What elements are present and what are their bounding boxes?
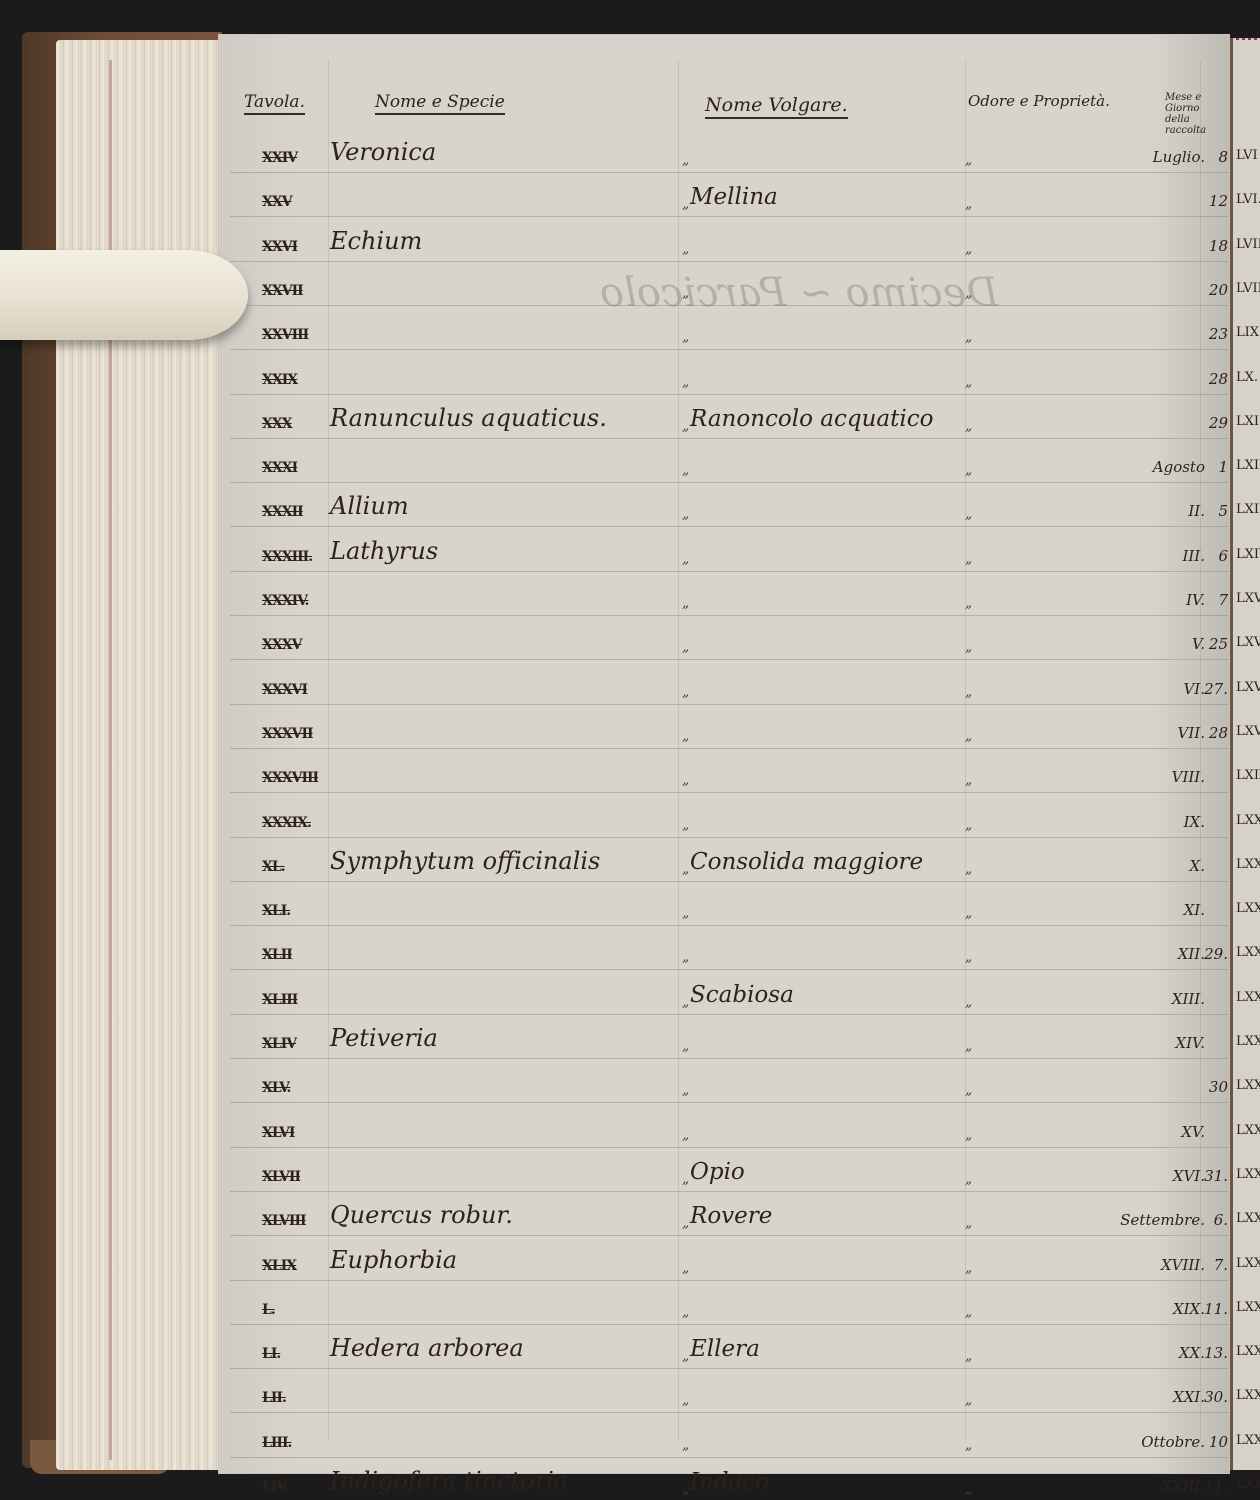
- show-through-text: Decimo ~ Parcicolo: [600, 270, 999, 316]
- ditto-mark: „: [965, 551, 972, 567]
- cell-nome-volgare: Consolida maggiore: [690, 849, 923, 875]
- cell-giorno: 6: [1218, 547, 1228, 565]
- cell-facing-tavola: LXX.: [1236, 813, 1260, 828]
- ditto-mark: „: [682, 772, 689, 788]
- cell-mese: Settembre.: [1120, 1211, 1205, 1229]
- ditto-mark: „: [965, 196, 972, 212]
- cell-facing-tavola: LXVII: [1236, 680, 1260, 695]
- ditto-mark: „: [682, 462, 689, 478]
- cell-giorno: 11.: [1204, 1300, 1228, 1318]
- cell-nome-volgare: Mellina: [690, 184, 778, 210]
- column-rule: [1200, 60, 1201, 1440]
- ditto-mark: „: [682, 949, 689, 965]
- ditto-mark: „: [965, 241, 972, 257]
- cell-nome-specie: Echium: [330, 227, 422, 255]
- cell-facing-tavola: LXXIII: [1236, 945, 1260, 960]
- ditto-mark: „: [965, 1260, 972, 1276]
- ditto-mark: „: [965, 905, 972, 921]
- cell-facing-tavola: LX.: [1236, 370, 1258, 385]
- cell-tavola: XLVII: [262, 1169, 300, 1185]
- ditto-mark: „: [682, 994, 689, 1010]
- cell-facing-tavola: LXXXII: [1236, 1344, 1260, 1359]
- cell-nome-specie: Petiveria: [330, 1024, 438, 1052]
- ruled-line: [230, 704, 1228, 705]
- ruled-line: [230, 394, 1228, 395]
- cell-giorno: 12: [1209, 192, 1228, 210]
- cell-nome-specie: Ranunculus aquaticus.: [330, 404, 607, 432]
- ruled-line: [230, 925, 1228, 926]
- cell-giorno: 30.: [1204, 1388, 1228, 1406]
- ditto-mark: „: [965, 772, 972, 788]
- cell-mese: IX.: [1184, 813, 1205, 831]
- column-rule: [328, 60, 329, 1440]
- cell-giorno: 10: [1209, 1433, 1228, 1451]
- ditto-mark: „: [965, 462, 972, 478]
- cell-tavola: XLIII: [262, 992, 297, 1008]
- cell-tavola: XLV.: [262, 1080, 290, 1096]
- header-odore-proprieta: Odore e Proprietà.: [968, 92, 1110, 110]
- cell-tavola: XXXI: [262, 460, 297, 476]
- ruled-line: [230, 305, 1228, 306]
- ditto-mark: „: [682, 418, 689, 434]
- ditto-mark: „: [965, 684, 972, 700]
- cell-facing-tavola: LXXX: [1236, 1256, 1260, 1271]
- cell-facing-tavola: LXXVII: [1236, 1123, 1260, 1138]
- cell-nome-specie: Indigofera tinctoria: [330, 1467, 568, 1495]
- cell-facing-tavola: LXVI.: [1236, 635, 1260, 650]
- ruled-line: [230, 571, 1228, 572]
- ditto-mark: „: [965, 817, 972, 833]
- ditto-mark: „: [682, 374, 689, 390]
- cell-giorno: 31.: [1204, 1167, 1228, 1185]
- cell-tavola: XLVIII: [262, 1213, 306, 1229]
- cell-nome-volgare: Indaco: [690, 1469, 769, 1495]
- ruled-line: [230, 261, 1228, 262]
- cell-tavola: LIII.: [262, 1435, 291, 1451]
- ditto-mark: „: [965, 1392, 972, 1408]
- cell-giorno: 28: [1209, 724, 1228, 742]
- ruled-line: [230, 482, 1228, 483]
- cell-nome-specie: Symphytum officinalis: [330, 847, 600, 875]
- cell-nome-specie: Veronica: [330, 138, 436, 166]
- ditto-mark: „: [682, 1481, 689, 1497]
- header-mese-giorno: Mese e Giorno della raccolta: [1165, 92, 1215, 136]
- cell-facing-tavola: LVIII: [1236, 281, 1260, 296]
- cell-mese: XXI.: [1173, 1388, 1205, 1406]
- ditto-mark: „: [682, 551, 689, 567]
- cell-tavola: XLIX: [262, 1258, 296, 1274]
- cell-nome-specie: Lathyrus: [330, 537, 438, 565]
- cell-facing-tavola: LVI.: [1236, 192, 1260, 207]
- ruled-line: [230, 1147, 1228, 1148]
- cell-facing-tavola: LIX.: [1236, 325, 1260, 340]
- cell-mese: XI.: [1184, 901, 1205, 919]
- ditto-mark: „: [682, 196, 689, 212]
- ruled-line: [230, 792, 1228, 793]
- ditto-mark: „: [682, 1082, 689, 1098]
- cell-giorno: 29: [1209, 414, 1228, 432]
- cell-tavola: XXXIX.: [262, 815, 311, 831]
- cell-facing-tavola: LXI: [1236, 414, 1259, 429]
- cell-tavola: XXIV: [262, 150, 297, 166]
- cell-giorno: 8: [1218, 148, 1228, 166]
- cell-facing-tavola: LXXXIV: [1236, 1433, 1260, 1448]
- cell-giorno: 30: [1209, 1078, 1228, 1096]
- cell-tavola: XXXVIII: [262, 770, 318, 786]
- cell-facing-tavola: LXXVI: [1236, 1078, 1260, 1093]
- cell-tavola: XLVI: [262, 1125, 294, 1141]
- cell-giorno: 20: [1209, 281, 1228, 299]
- cell-mese: XXIII.: [1161, 1477, 1205, 1495]
- header-nome-specie: Nome e Specie: [375, 92, 505, 115]
- cell-giorno: 25: [1209, 635, 1228, 653]
- cell-mese: IV.: [1186, 591, 1205, 609]
- cell-tavola: XXXII: [262, 504, 303, 520]
- ditto-mark: „: [965, 1437, 972, 1453]
- cell-tavola: XXXVII: [262, 726, 313, 742]
- cell-facing-tavola: LXIII: [1236, 502, 1260, 517]
- ditto-mark: „: [965, 1215, 972, 1231]
- cell-nome-volgare: Opio: [690, 1159, 745, 1185]
- ditto-mark: „: [965, 1171, 972, 1187]
- ditto-mark: „: [965, 1481, 972, 1497]
- ditto-mark: „: [682, 506, 689, 522]
- cell-mese: XX.: [1179, 1344, 1205, 1362]
- ruled-line: [230, 881, 1228, 882]
- ditto-mark: „: [682, 639, 689, 655]
- cell-tavola: XL.: [262, 859, 285, 875]
- cell-tavola: XLIV: [262, 1036, 296, 1052]
- cell-tavola: XXXIII.: [262, 549, 312, 565]
- cell-mese: III.: [1182, 547, 1205, 565]
- cell-giorno: 23: [1209, 325, 1228, 343]
- cell-giorno: 7: [1218, 591, 1228, 609]
- cell-nome-specie: Quercus robur.: [330, 1201, 513, 1229]
- cell-facing-tavola: LXIV: [1236, 547, 1260, 562]
- cell-facing-tavola: LXXXV: [1236, 1477, 1260, 1492]
- cell-giorno: 7.: [1214, 1256, 1228, 1274]
- header-nome-volgare: Nome Volgare.: [705, 94, 848, 119]
- cell-mese: XIV.: [1175, 1034, 1205, 1052]
- ruled-line: [230, 1324, 1228, 1325]
- ruled-line: [230, 1280, 1228, 1281]
- ditto-mark: „: [682, 1392, 689, 1408]
- ruled-line: [230, 748, 1228, 749]
- ruled-line: [230, 349, 1228, 350]
- cell-mese: VII.: [1178, 724, 1205, 742]
- cell-mese: XVIII.: [1161, 1256, 1205, 1274]
- cell-tavola: LII.: [262, 1390, 286, 1406]
- cell-mese: VIII.: [1172, 768, 1205, 786]
- ditto-mark: „: [682, 329, 689, 345]
- ditto-mark: „: [682, 1260, 689, 1276]
- cell-tavola: XLI.: [262, 903, 290, 919]
- cell-mese: XV.: [1181, 1123, 1205, 1141]
- cell-tavola: XLII: [262, 947, 292, 963]
- ditto-mark: „: [682, 1215, 689, 1231]
- ditto-mark: „: [682, 817, 689, 833]
- ditto-mark: „: [682, 728, 689, 744]
- ditto-mark: „: [965, 1127, 972, 1143]
- cell-facing-tavola: LXVIII: [1236, 724, 1260, 739]
- cell-tavola: XXXVI: [262, 682, 307, 698]
- bone-folder-tool: [0, 250, 248, 340]
- cell-giorno: 27.: [1204, 680, 1228, 698]
- ditto-mark: „: [965, 285, 972, 301]
- ditto-mark: „: [965, 1082, 972, 1098]
- cell-facing-tavola: LXXIX: [1236, 1211, 1260, 1226]
- ruled-line: [230, 1368, 1228, 1369]
- ditto-mark: „: [682, 1171, 689, 1187]
- ruled-line: [230, 1191, 1228, 1192]
- cell-tavola: LIV.: [262, 1479, 288, 1495]
- cell-giorno: 13.: [1204, 1344, 1228, 1362]
- cell-mese: XVI.: [1173, 1167, 1205, 1185]
- ditto-mark: „: [682, 1038, 689, 1054]
- cell-facing-tavola: LXXXI: [1236, 1300, 1260, 1315]
- ditto-mark: „: [682, 1304, 689, 1320]
- cell-tavola: XXV: [262, 194, 292, 210]
- cell-facing-tavola: LXXII.: [1236, 901, 1260, 916]
- cell-facing-tavola: LXII.: [1236, 458, 1260, 473]
- cell-mese: XII.: [1178, 945, 1205, 963]
- cell-giorno: 28: [1209, 370, 1228, 388]
- ruled-line: [230, 615, 1228, 616]
- cell-tavola: XXX: [262, 416, 292, 432]
- cell-nome-specie: Allium: [330, 492, 409, 520]
- cell-tavola: XXXIV.: [262, 593, 308, 609]
- cell-tavola: XXVI: [262, 239, 297, 255]
- cell-nome-volgare: Rovere: [690, 1203, 772, 1229]
- ditto-mark: „: [965, 1304, 972, 1320]
- ruled-line: [230, 1058, 1228, 1059]
- cell-facing-tavola: LXXV: [1236, 1034, 1260, 1049]
- cell-facing-tavola: LXIX.: [1236, 768, 1260, 783]
- cell-nome-volgare: Ranoncolo acquatico: [690, 406, 933, 432]
- ditto-mark: „: [682, 684, 689, 700]
- ruled-line: [230, 659, 1228, 660]
- ruled-line: [230, 1412, 1228, 1413]
- cell-mese: Ottobre.: [1141, 1433, 1205, 1451]
- cell-tavola: XXVIII: [262, 327, 308, 343]
- cell-facing-tavola: LXXXIII: [1236, 1388, 1260, 1403]
- ditto-mark: „: [965, 374, 972, 390]
- ditto-mark: „: [965, 994, 972, 1010]
- cell-tavola: LI.: [262, 1346, 280, 1362]
- ditto-mark: „: [682, 1437, 689, 1453]
- cell-nome-specie: Euphorbia: [330, 1246, 457, 1274]
- cell-mese: VI.: [1183, 680, 1205, 698]
- column-rule: [678, 60, 679, 1440]
- ruled-line: [230, 1457, 1228, 1458]
- ditto-mark: „: [682, 595, 689, 611]
- ditto-mark: „: [682, 152, 689, 168]
- ditto-mark: „: [965, 1348, 972, 1364]
- ruled-line: [230, 216, 1228, 217]
- ruled-line: [230, 1014, 1228, 1015]
- ditto-mark: „: [965, 595, 972, 611]
- column-rule: [965, 60, 966, 1440]
- ruled-line: [230, 1102, 1228, 1103]
- cell-giorno: 5: [1218, 502, 1228, 520]
- ruled-line: [230, 172, 1228, 173]
- cell-mese: Luglio.: [1153, 148, 1205, 166]
- cell-tavola: XXIX: [262, 372, 297, 388]
- ditto-mark: „: [682, 905, 689, 921]
- cell-giorno: 6.: [1214, 1211, 1228, 1229]
- cell-giorno: 11.: [1204, 1477, 1228, 1495]
- ditto-mark: „: [682, 241, 689, 257]
- ditto-mark: „: [682, 285, 689, 301]
- cell-nome-volgare: Scabiosa: [690, 982, 794, 1008]
- cell-mese: V.: [1192, 635, 1205, 653]
- ruled-line: [230, 837, 1228, 838]
- ditto-mark: „: [965, 152, 972, 168]
- ruled-line: [230, 1235, 1228, 1236]
- header-tavola: Tavola.: [244, 92, 305, 115]
- cell-tavola: L.: [262, 1302, 275, 1318]
- ruled-line: [230, 438, 1228, 439]
- ditto-mark: „: [965, 861, 972, 877]
- ditto-mark: „: [965, 728, 972, 744]
- ditto-mark: „: [965, 506, 972, 522]
- cell-tavola: XXVII: [262, 283, 303, 299]
- ditto-mark: „: [965, 639, 972, 655]
- cell-giorno: 29.: [1204, 945, 1228, 963]
- cell-facing-tavola: LXXVIII: [1236, 1167, 1260, 1182]
- cell-facing-tavola: LXXIV: [1236, 990, 1260, 1005]
- cell-tavola: XXXV: [262, 637, 301, 653]
- cell-facing-tavola: LXXI.: [1236, 857, 1260, 872]
- cell-mese: XIII.: [1172, 990, 1205, 1008]
- cell-facing-tavola: LVI: [1236, 148, 1258, 163]
- ditto-mark: „: [965, 418, 972, 434]
- cell-mese: II.: [1188, 502, 1205, 520]
- cell-giorno: 18: [1209, 237, 1228, 255]
- cell-facing-tavola: LXV: [1236, 591, 1260, 606]
- cell-mese: XIX.: [1173, 1300, 1205, 1318]
- ruled-line: [230, 526, 1228, 527]
- cell-mese: X.: [1190, 857, 1205, 875]
- cell-nome-volgare: Ellera: [690, 1336, 760, 1362]
- ditto-mark: „: [965, 949, 972, 965]
- ditto-mark: „: [965, 1038, 972, 1054]
- cell-giorno: 1: [1218, 458, 1228, 476]
- cell-mese: Agosto: [1153, 458, 1205, 476]
- ditto-mark: „: [682, 861, 689, 877]
- ditto-mark: „: [965, 329, 972, 345]
- cell-facing-tavola: LVII: [1236, 237, 1260, 252]
- ditto-mark: „: [682, 1127, 689, 1143]
- cell-nome-specie: Hedera arborea: [330, 1334, 524, 1362]
- ruled-line: [230, 969, 1228, 970]
- ditto-mark: „: [682, 1348, 689, 1364]
